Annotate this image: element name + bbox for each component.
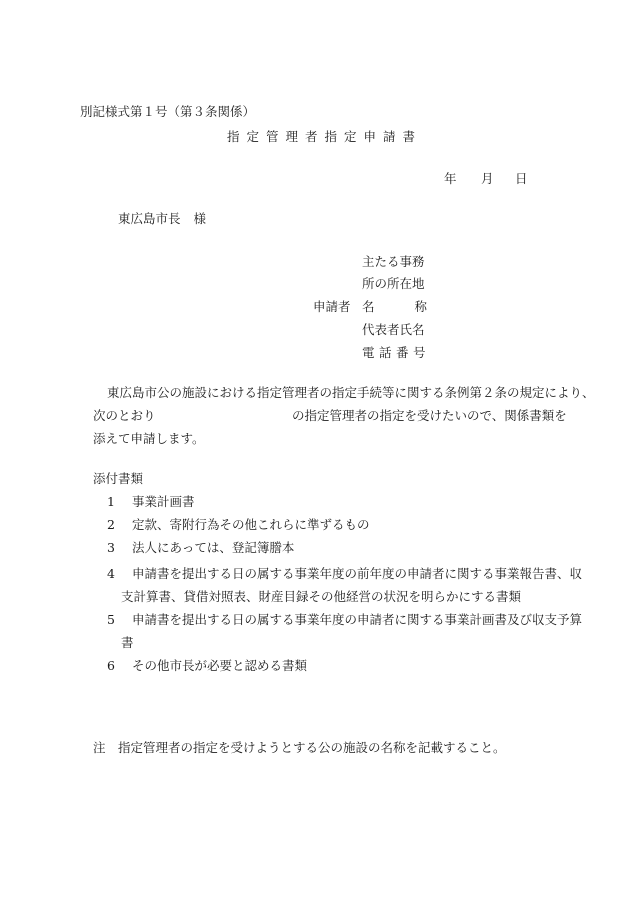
date-day-label: 日 bbox=[515, 171, 528, 187]
item-number: 3 bbox=[107, 540, 132, 556]
note-mark: 注 bbox=[93, 740, 118, 756]
representative-label: 代表者氏名 bbox=[362, 322, 425, 338]
item-number: 2 bbox=[107, 517, 132, 533]
addressee-honorific: 様 bbox=[194, 211, 207, 226]
item-number: 1 bbox=[107, 494, 132, 510]
office-location-label-line1: 主たる事務 bbox=[362, 254, 425, 270]
date-month-label: 月 bbox=[481, 171, 494, 187]
attachment-item: 2定款、寄附行為その他これらに準ずるもの bbox=[107, 517, 370, 533]
attachment-item: 4申請書を提出する日の属する事業年度の前年度の申請者に関する事業報告書、収 bbox=[107, 566, 582, 582]
addressee-name: 東広島市長 bbox=[118, 211, 181, 226]
applicant-label: 申請者 bbox=[313, 299, 351, 315]
item-text: 申請書を提出する日の属する事業年度の前年度の申請者に関する事業報告書、収 bbox=[132, 566, 582, 581]
attachments-heading: 添付書類 bbox=[93, 471, 143, 487]
body-line-1: 東広島市公の施設における指定管理者の指定手続等に関する条例第２条の規定により、 bbox=[107, 385, 595, 401]
addressee: 東広島市長様 bbox=[118, 211, 206, 227]
item-text: 申請書を提出する日の属する事業年度の申請者に関する事業計画書及び収支予算 bbox=[132, 612, 582, 627]
item-text: 定款、寄附行為その他これらに準ずるもの bbox=[132, 517, 370, 532]
footnote: 注指定管理者の指定を受けようとする公の施設の名称を記載すること。 bbox=[93, 740, 506, 756]
item-text: 事業計画書 bbox=[132, 494, 195, 509]
note-text: 指定管理者の指定を受けようとする公の施設の名称を記載すること。 bbox=[118, 740, 506, 755]
office-location-label-line2: 所の所在地 bbox=[362, 276, 425, 292]
name-label-part1: 名 bbox=[362, 299, 375, 314]
body-line-2-end: の指定管理者の指定を受けたいので、関係書類を bbox=[292, 408, 567, 424]
phone-label: 電話番号 bbox=[362, 345, 430, 361]
date-year-label: 年 bbox=[444, 171, 457, 187]
document-title: 指定管理者指定申請書 bbox=[227, 129, 422, 145]
body-line-2-start: 次のとおり bbox=[93, 408, 156, 424]
item-number: 5 bbox=[107, 612, 132, 628]
item-text: 法人にあっては、登記簿謄本 bbox=[132, 540, 294, 555]
form-number: 別記様式第１号（第３条関係） bbox=[80, 104, 255, 120]
attachment-item-continuation: 支計算書、貸借対照表、財産目録その他経営の状況を明らかにする書類 bbox=[121, 589, 521, 605]
name-label-part2: 称 bbox=[415, 299, 428, 314]
item-text: その他市長が必要と認める書類 bbox=[132, 658, 307, 673]
body-line-3: 添えて申請します。 bbox=[93, 431, 205, 447]
name-label: 名称 bbox=[362, 299, 427, 315]
attachment-item: 5申請書を提出する日の属する事業年度の申請者に関する事業計画書及び収支予算 bbox=[107, 612, 582, 628]
item-number: 6 bbox=[107, 658, 132, 674]
attachment-item: 1事業計画書 bbox=[107, 494, 195, 510]
attachment-item: 3法人にあっては、登記簿謄本 bbox=[107, 540, 294, 556]
attachment-item: 6その他市長が必要と認める書類 bbox=[107, 658, 307, 674]
attachment-item-continuation: 書 bbox=[121, 635, 134, 651]
item-number: 4 bbox=[107, 566, 132, 582]
